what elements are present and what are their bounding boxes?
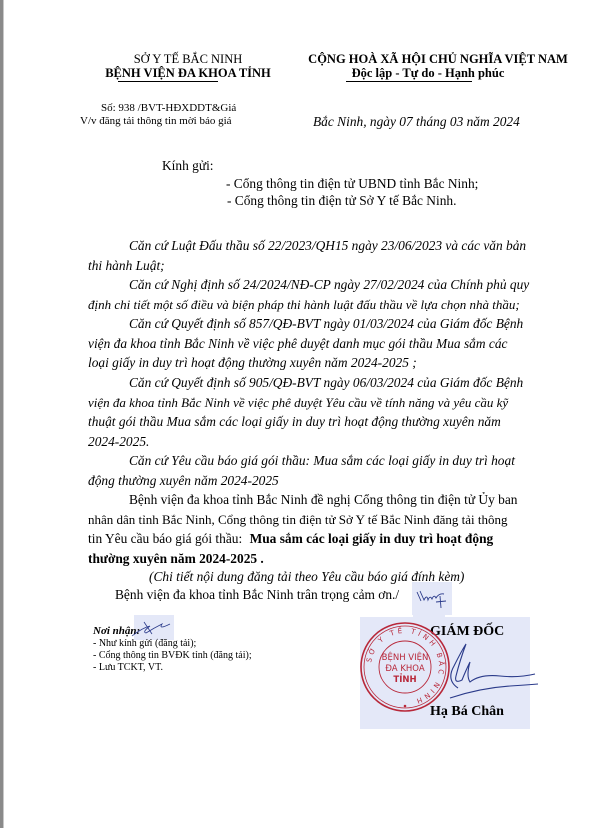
official-stamp-icon: SỞ Y TẾ TỈNH BẮC NINH BỆNH VIỆN ĐA KHOA … — [358, 620, 452, 714]
receiver-item: - Lưu TCKT, VT. — [93, 662, 163, 673]
initial-signature-icon — [414, 586, 450, 612]
basis-paragraph-4: Căn cứ Quyết định số 905/QĐ-BVT ngày 06/… — [88, 373, 554, 451]
place-date: Bắc Ninh, ngày 07 tháng 03 năm 2024 — [313, 114, 520, 130]
receiver-item: - Như kính gửi (đăng tải); — [93, 638, 196, 649]
page-left-border — [0, 0, 4, 828]
basis-line: loại giấy in duy trì hoạt động thường xu… — [88, 355, 417, 370]
basis-paragraph-3: Căn cứ Quyết định số 857/QĐ-BVT ngày 01/… — [88, 314, 554, 373]
basis-line: viện đa khoa tỉnh Bắc Ninh về việc phê d… — [88, 336, 507, 351]
basis-line: Căn cứ Quyết định số 905/QĐ-BVT ngày 06/… — [129, 375, 523, 390]
nation-title: CỘNG HOÀ XÃ HỘI CHỦ NGHĨA VIỆT NAM — [300, 52, 576, 67]
basis-line: Căn cứ Luật Đấu thầu số 22/2023/QH15 ngà… — [129, 238, 526, 253]
request-line: nhân dân tỉnh Bắc Ninh, Cổng thông tin đ… — [88, 512, 508, 527]
basis-line: Căn cứ Quyết định số 857/QĐ-BVT ngày 01/… — [129, 316, 523, 331]
doc-number: Số: 938 /BVT-HĐXDDT&Giá — [101, 102, 236, 114]
basis-line: Căn cứ Nghị định số 24/2024/NĐ-CP ngày 2… — [129, 277, 529, 292]
receiver-signature-icon — [130, 618, 180, 640]
basis-paragraph-5: Căn cứ Yêu cầu báo giá gói thầu: Mua sắm… — [88, 451, 554, 490]
basis-line: thuật gói thầu Mua sắm các loại giấy in … — [88, 414, 501, 429]
director-signature-icon — [440, 640, 540, 700]
doc-subject: V/v đăng tải thông tin mời báo giá — [80, 115, 232, 127]
recipient-item: - Cổng thông tin điện tử UBND tỉnh Bắc N… — [226, 176, 478, 192]
org-name: BỆNH VIỆN ĐA KHOA TỈNH — [78, 66, 298, 81]
org-underline — [118, 81, 218, 82]
basis-line: định chi tiết một số điều và biện pháp t… — [88, 297, 520, 312]
basis-line: thi hành Luật; — [88, 258, 165, 273]
recipient-item: - Cổng thông tin điện tử Sở Y tế Bắc Nin… — [227, 193, 456, 209]
motto-underline — [346, 81, 472, 82]
basis-paragraph-2: Căn cứ Nghị định số 24/2024/NĐ-CP ngày 2… — [88, 275, 554, 314]
recipients-label: Kính gửi: — [162, 158, 214, 174]
stamp-center-line: ĐA KHOA — [385, 664, 424, 674]
request-line: tin Yêu cầu báo giá gói thầu: — [88, 531, 242, 546]
basis-line: động thường xuyên năm 2024-2025 — [88, 473, 279, 488]
basis-line: Căn cứ Yêu cầu báo giá gói thầu: Mua sắm… — [129, 453, 515, 468]
package-name: Mua sắm các loại giấy in duy trì hoạt độ… — [250, 531, 494, 546]
stamp-center-line: TỈNH — [393, 673, 416, 685]
basis-paragraph-1: Căn cứ Luật Đấu thầu số 22/2023/QH15 ngà… — [88, 236, 554, 275]
agency-name: SỞ Y TẾ BẮC NINH — [88, 52, 288, 67]
package-name-cont: thường xuyên năm 2024-2025 . — [88, 551, 264, 566]
signer-name: Hạ Bá Chân — [430, 704, 504, 720]
motto: Độc lập - Tự do - Hạnh phúc — [300, 66, 556, 81]
basis-line: 2024-2025. — [88, 434, 149, 449]
basis-line: viện đa khoa tỉnh Bắc Ninh về việc phê d… — [88, 395, 508, 410]
request-line: Bệnh viện đa khoa tỉnh Bắc Ninh đề nghị … — [129, 492, 517, 507]
receiver-item: - Cổng thông tin BVĐK tỉnh (đăng tải); — [93, 650, 252, 661]
thanks-line: Bệnh viện đa khoa tỉnh Bắc Ninh trân trọ… — [115, 587, 399, 603]
stamp-center-line: BỆNH VIỆN — [382, 651, 429, 663]
request-paragraph: Bệnh viện đa khoa tỉnh Bắc Ninh đề nghị … — [88, 490, 554, 568]
signature-highlight-top — [413, 611, 445, 619]
